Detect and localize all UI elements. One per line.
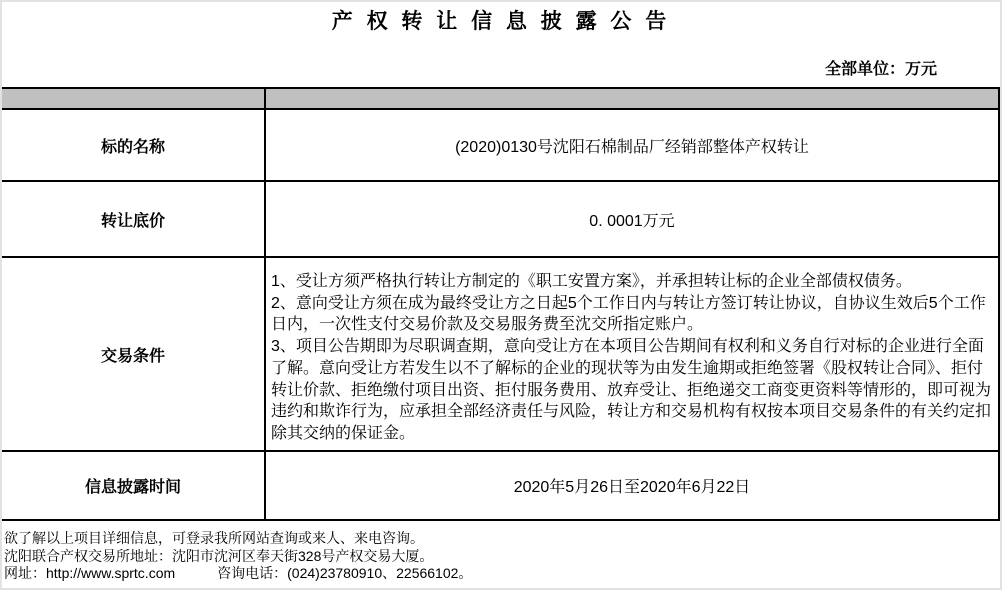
table-header-row	[2, 89, 1000, 110]
footer-notes: 欲了解以上项目详细信息，可登录我所网站查询或来人、来电咨询。 沈阳联合产权交易所…	[2, 530, 1000, 583]
conditions-value: 1、受让方须严格执行转让方制定的《职工安置方案》，并承担转让标的企业全部债权债务…	[266, 258, 1000, 450]
table-row-target-name: 标的名称 (2020)0130号沈阳石棉制品厂经销部整体产权转让	[2, 110, 1000, 182]
footer-line-website-phone: 网址：http://www.sprtc.com 咨询电话：(024)237809…	[4, 565, 1000, 583]
base-price-value: 0. 0001万元	[266, 182, 1000, 256]
table-header-cell-left	[2, 89, 266, 108]
footer-line-address: 沈阳联合产权交易所地址：沈阳市沈河区奉天街328号产权交易大厦。	[4, 548, 1000, 566]
disclosure-period-value: 2020年5月26日至2020年6月22日	[266, 452, 1000, 519]
target-name-label: 标的名称	[2, 110, 266, 180]
table-row-conditions: 交易条件 1、受让方须严格执行转让方制定的《职工安置方案》，并承担转让标的企业全…	[2, 258, 1000, 452]
table-header-cell-right	[266, 89, 1000, 108]
disclosure-period-label: 信息披露时间	[2, 452, 266, 519]
base-price-label: 转让底价	[2, 182, 266, 256]
table-row-disclosure-period: 信息披露时间 2020年5月26日至2020年6月22日	[2, 452, 1000, 521]
disclosure-table: 标的名称 (2020)0130号沈阳石棉制品厂经销部整体产权转让 转让底价 0.…	[2, 87, 1000, 521]
target-name-value: (2020)0130号沈阳石棉制品厂经销部整体产权转让	[266, 110, 1000, 180]
condition-item-1: 1、受让方须严格执行转让方制定的《职工安置方案》，并承担转让标的企业全部债权债务…	[271, 271, 992, 293]
condition-item-3: 3、项目公告期即为尽职调查期，意向受让方在本项目公告期间有权利和义务自行对标的企…	[271, 336, 992, 445]
condition-item-2: 2、意向受让方须在成为最终受让方之日起5个工作日内与转让方签订转让协议，自协议生…	[271, 293, 992, 336]
announcement-page: 产 权 转 让 信 息 披 露 公 告 全部单位：万元 标的名称 (2020)0…	[0, 0, 1002, 590]
footer-line-consult: 欲了解以上项目详细信息，可登录我所网站查询或来人、来电咨询。	[4, 530, 1000, 548]
conditions-label: 交易条件	[2, 258, 266, 450]
page-title: 产 权 转 让 信 息 披 露 公 告	[2, 10, 1000, 34]
table-row-base-price: 转让底价 0. 0001万元	[2, 182, 1000, 258]
unit-note: 全部单位：万元	[2, 61, 1000, 79]
